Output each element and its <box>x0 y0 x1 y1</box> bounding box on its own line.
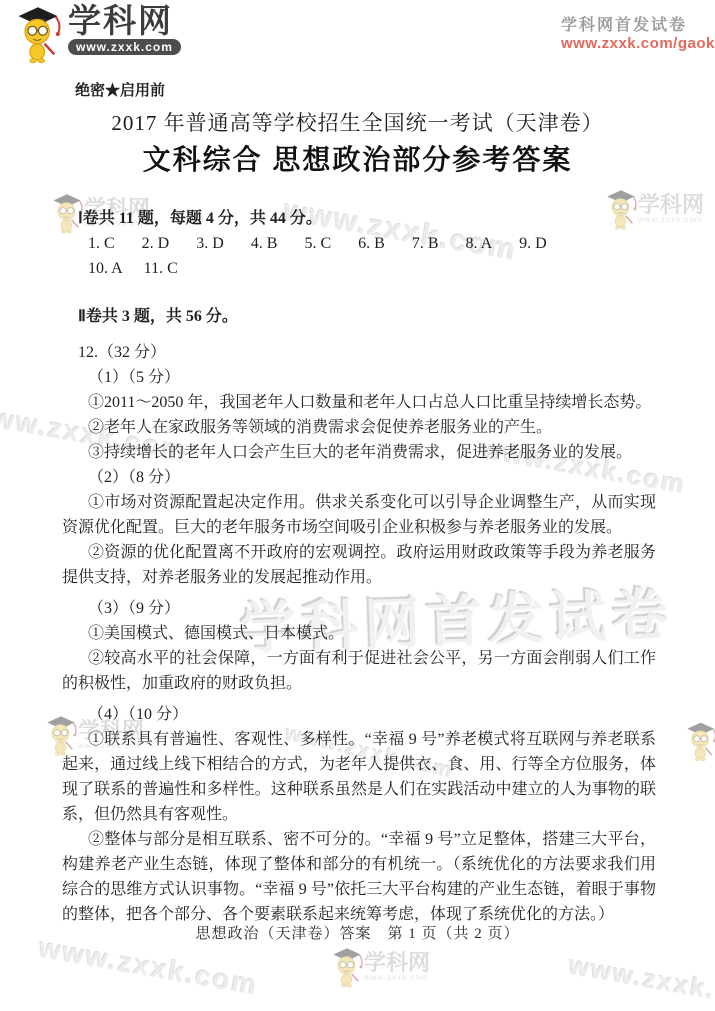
answer-point: ②老年人在家政服务等领域的消费需求会促使养老服务业的产生。 <box>62 415 656 440</box>
q12-part-3: （3）（9 分） ①美国模式、德国模式、日本模式。 ②较高水平的社会保障，一方面… <box>62 596 656 696</box>
answer-point: ①美国模式、德国模式、日本模式。 <box>62 621 656 646</box>
answer-point: ②整体与部分是相互联系、密不可分的。“幸福 9 号”立足整体，搭建三大平台，构建… <box>62 827 656 927</box>
answer-point: ①市场对资源配置起决定作用。供求关系变化可以引导企业调整生产，从而实现资源优化配… <box>62 490 656 540</box>
q12-part-4: （4）（10 分） ①联系具有普遍性、客观性、多样性。“幸福 9 号”养老模式将… <box>62 702 656 927</box>
scanned-answer-document: www.zxxk.com www.zxxk.com www.zxxk.com w… <box>0 0 715 1011</box>
mc-answer: 4. B <box>251 231 278 256</box>
answer-point: ③持续增长的老年人口会产生巨大的老年消费需求，促进养老服务业的发展。 <box>62 440 656 465</box>
question-12-label: 12.（32 分） <box>62 340 656 365</box>
header-right-branding: 学科网首发试卷 www.zxxk.com/gaok <box>561 12 715 52</box>
answer-point: ①2011～2050 年，我国老年人口数量和老年人口占总人口比重呈持续增长态势。 <box>62 390 656 415</box>
mc-answer: 5. C <box>304 231 331 256</box>
answer-point: ②较高水平的社会保障，一方面有利于促进社会公平，另一方面会削弱人们工作的积极性，… <box>62 646 656 696</box>
security-notice: 绝密★启用前 <box>75 79 165 100</box>
mc-answer: 11. C <box>144 256 178 281</box>
part-label: （1）（5 分） <box>62 365 656 390</box>
q12-part-2: （2）（8 分） ①市场对资源配置起决定作用。供求关系变化可以引导企业调整生产，… <box>62 465 656 590</box>
zxxk-logo-text: 学科网 <box>68 4 181 38</box>
mc-answer: 1. C <box>88 231 115 256</box>
mc-answer: 6. B <box>358 231 385 256</box>
answer-point: ①联系具有普遍性、客观性、多样性。“幸福 9 号”养老模式将互联网与养老联系起来… <box>62 727 656 827</box>
answer-title: 文科综合 思想政治部分参考答案 <box>0 138 715 178</box>
document-content: 学科网 www.zxxk.com 学科网首发试卷 www.zxxk.com/ga… <box>0 0 715 1011</box>
mc-answer: 7. B <box>412 231 439 256</box>
mc-answer: 2. D <box>142 231 170 256</box>
part-label: （4）（10 分） <box>62 702 656 727</box>
section1-heading: Ⅰ卷共 11 题，每题 4 分，共 44 分。 <box>62 206 656 231</box>
answer-body: Ⅰ卷共 11 题，每题 4 分，共 44 分。 1. C 2. D 3. D 4… <box>62 206 656 927</box>
section2-heading: Ⅱ卷共 3 题，共 56 分。 <box>62 304 656 329</box>
mc-answer: 10. A <box>88 256 123 281</box>
mc-answers-row-1: 1. C 2. D 3. D 4. B 5. C 6. B 7. B 8. A … <box>62 231 656 256</box>
mc-answer: 9. D <box>519 231 547 256</box>
q12-part-1: （1）（5 分） ①2011～2050 年，我国老年人口数量和老年人口占总人口比… <box>62 365 656 465</box>
answer-point: ②资源的优化配置离不开政府的宏观调控。政府运用财政政策等手段为养老服务提供支持，… <box>62 540 656 590</box>
mc-answer: 3. D <box>196 231 224 256</box>
mc-answer: 8. A <box>465 231 492 256</box>
part-label: （2）（8 分） <box>62 465 656 490</box>
first-release-label: 学科网首发试卷 <box>561 12 715 35</box>
part-label: （3）（9 分） <box>62 596 656 621</box>
zxxk-mascot-icon <box>12 4 64 64</box>
zxxk-logo: 学科网 www.zxxk.com <box>12 4 181 64</box>
page-footer: 思想政治（天津卷）答案 第 1 页（共 2 页） <box>0 922 715 943</box>
gaokao-url: www.zxxk.com/gaok <box>561 35 715 52</box>
zxxk-logo-url-badge: www.zxxk.com <box>68 39 181 55</box>
exam-title: 2017 年普通高等学校招生全国统一考试（天津卷） <box>0 107 715 137</box>
mc-answers-row-2: 10. A 11. C <box>62 256 656 281</box>
